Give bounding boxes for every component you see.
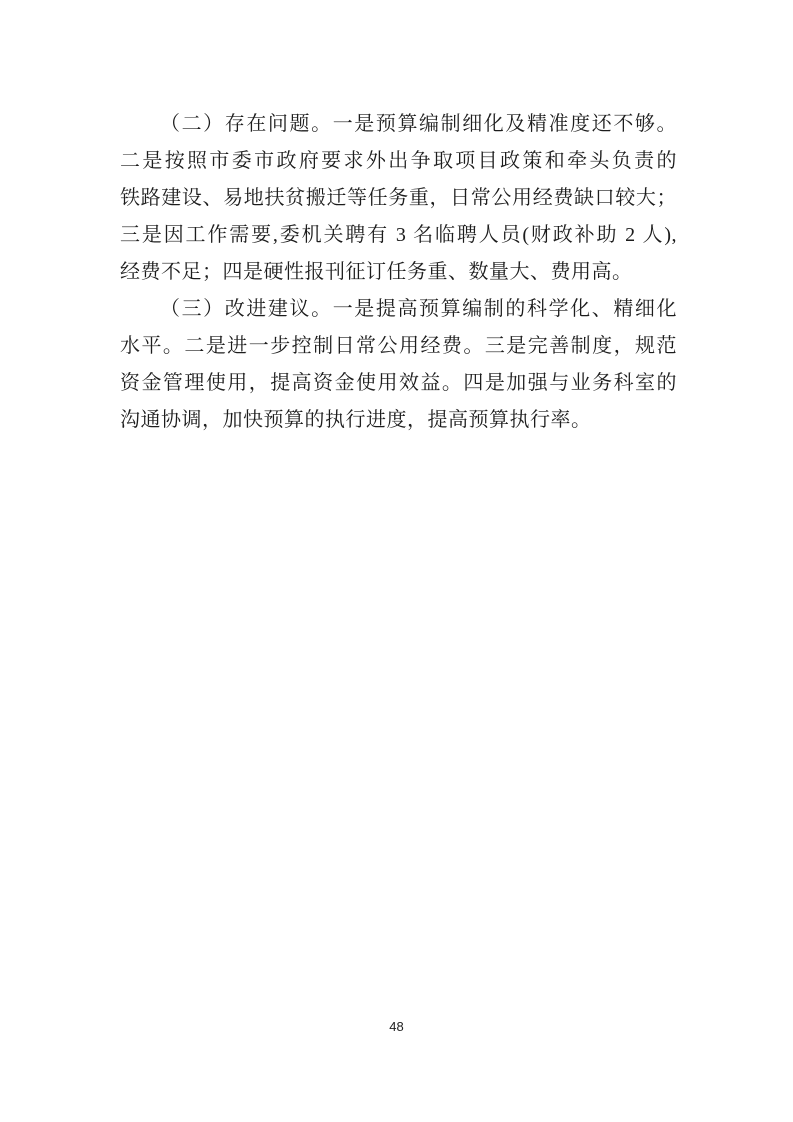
text-line: 三是因工作需要,委机关聘有 3 名临聘人员(财政补助 2 人), (120, 217, 677, 254)
text-line: （二）存在问题。一是预算编制细化及精准度还不够。 (120, 106, 677, 143)
text-line: 资金管理使用，提高资金使用效益。四是加强与业务科室的 (120, 365, 677, 402)
document-page-background: { "colors": { "background": "#ffffff", "… (0, 0, 793, 1122)
text-line: 二是按照市委市政府要求外出争取项目政策和牵头负责的 (120, 143, 677, 180)
text-line: 经费不足；四是硬性报刊征订任务重、数量大、费用高。 (120, 254, 677, 291)
text-line: （三）改进建议。一是提高预算编制的科学化、精细化 (120, 291, 677, 328)
body-text: （二）存在问题。一是预算编制细化及精准度还不够。 二是按照市委市政府要求外出争取… (120, 106, 677, 439)
document-page: （二）存在问题。一是预算编制细化及精准度还不够。 二是按照市委市政府要求外出争取… (0, 0, 793, 1122)
page-footer: 48 (0, 1018, 793, 1036)
text-line: 沟通协调，加快预算的执行进度，提高预算执行率。 (120, 402, 677, 439)
paragraph-problems: （二）存在问题。一是预算编制细化及精准度还不够。 二是按照市委市政府要求外出争取… (120, 106, 677, 291)
paragraph-suggestions: （三）改进建议。一是提高预算编制的科学化、精细化 水平。二是进一步控制日常公用经… (120, 291, 677, 439)
text-line: 水平。二是进一步控制日常公用经费。三是完善制度，规范 (120, 328, 677, 365)
text-line: 铁路建设、易地扶贫搬迁等任务重，日常公用经费缺口较大； (120, 180, 677, 217)
page-number: 48 (389, 1019, 403, 1034)
